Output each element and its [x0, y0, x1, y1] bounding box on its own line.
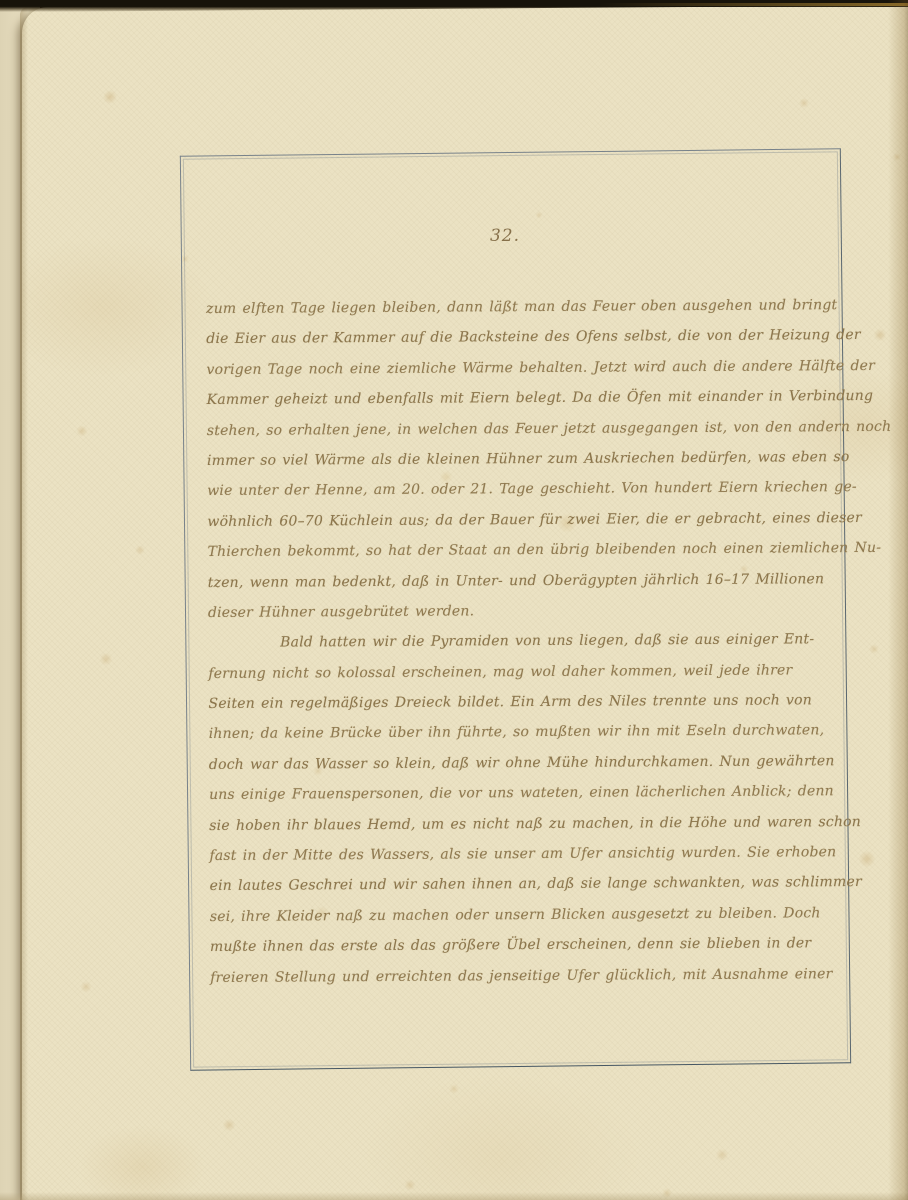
manuscript-line: Kammer geheizt und ebenfalls mit Eiern b…: [207, 381, 837, 415]
manuscript-line: ein lautes Geschrei und wir sahen ihnen …: [210, 868, 840, 902]
manuscript-line: dieser Hühner ausgebrütet werden.: [208, 594, 838, 628]
manuscript-line: fernung nicht so kolossal erscheinen, ma…: [208, 655, 838, 689]
manuscript-line: zum elften Tage liegen bleiben, dann läß…: [206, 290, 836, 324]
manuscript-line: vorigen Tage noch eine ziemliche Wärme b…: [206, 351, 836, 385]
manuscript-line: wöhnlich 60–70 Küchlein aus; da der Baue…: [207, 503, 837, 537]
manuscript-line: tzen, wenn man bedenkt, daß in Unter- un…: [208, 564, 838, 598]
manuscript-line: freieren Stellung und erreichten das jen…: [210, 959, 840, 993]
right-edge-shadow: [888, 0, 908, 1200]
manuscript-line: ihnen; da keine Brücke über ihn führte, …: [209, 716, 839, 750]
manuscript-line: Seiten ein regelmäßiges Dreieck bildet. …: [208, 685, 838, 719]
top-edge-gilt-line: [600, 3, 908, 6]
manuscript-scan: 32. zum elften Tage liegen bleiben, dann…: [0, 0, 908, 1200]
manuscript-line: Bald hatten wir die Pyramiden von uns li…: [208, 624, 838, 658]
page-number: 32.: [185, 226, 825, 246]
manuscript-line: die Eier aus der Kammer auf die Backstei…: [206, 321, 836, 355]
manuscript-line: sei, ihre Kleider naß zu machen oder uns…: [210, 898, 840, 932]
manuscript-line: uns einige Frauenspersonen, die vor uns …: [209, 776, 839, 810]
manuscript-line: mußte ihnen das erste als das größere Üb…: [210, 928, 840, 962]
manuscript-line: immer so viel Wärme als die kleinen Hühn…: [207, 442, 837, 476]
manuscript-line: doch war das Wasser so klein, daß wir oh…: [209, 746, 839, 780]
manuscript-line: stehen, so erhalten jene, in welchen das…: [207, 412, 837, 446]
manuscript-line: sie hoben ihr blaues Hemd, um es nicht n…: [209, 807, 839, 841]
torn-page-edge: [20, 7, 28, 1200]
manuscript-text: zum elften Tage liegen bleiben, dann läß…: [206, 290, 840, 993]
manuscript-line: Thierchen bekommt, so hat der Staat an d…: [207, 533, 837, 567]
manuscript-line: wie unter der Henne, am 20. oder 21. Tag…: [207, 472, 837, 506]
manuscript-line: fast in der Mitte des Wassers, als sie u…: [209, 837, 839, 871]
manuscript-page: 32. zum elften Tage liegen bleiben, dann…: [22, 7, 908, 1200]
bottom-edge-shadow: [0, 1192, 908, 1200]
